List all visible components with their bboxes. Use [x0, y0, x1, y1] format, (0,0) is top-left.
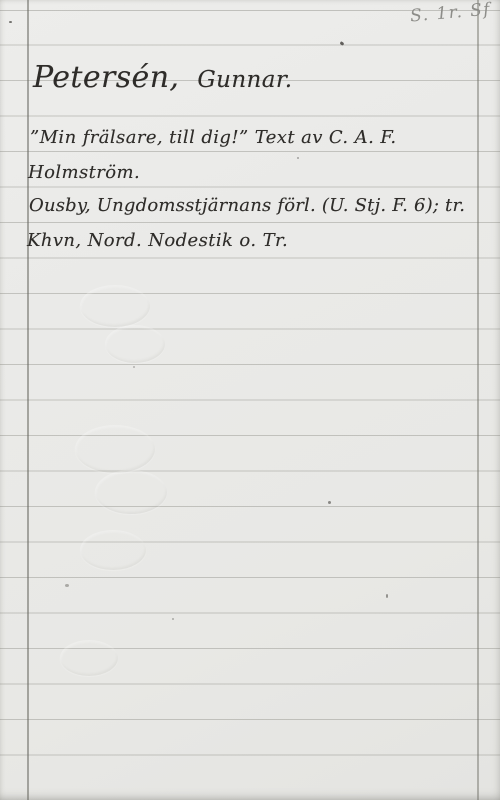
left-margin-line [27, 0, 29, 800]
ink-speck [133, 366, 135, 368]
heading-surname: Petersén, [33, 60, 179, 95]
paper-emboss-mark [105, 325, 165, 363]
ink-speck [297, 157, 299, 159]
paper-emboss-mark [80, 285, 150, 327]
title-line: ”Min frälsare, till dig!” Text av C. A. … [30, 127, 397, 148]
right-margin-line [477, 0, 479, 800]
ink-speck [172, 618, 174, 620]
paper-emboss-mark [60, 640, 118, 676]
heading-forename: Gunnar. [197, 67, 292, 93]
ink-speck [65, 584, 69, 587]
card-heading: Petersén, Gunnar. [33, 60, 292, 95]
paper-emboss-mark [95, 470, 167, 514]
scanned-catalog-card: S. 1r. Sf Petersén, Gunnar. ”Min frälsar… [0, 0, 500, 800]
paper-emboss-mark [75, 425, 155, 473]
ink-speck [328, 501, 331, 504]
paper-emboss-mark [80, 530, 146, 570]
ink-speck [9, 21, 12, 23]
author-continuation-line: Holmström. [28, 162, 140, 183]
ink-speck [386, 594, 388, 598]
printer-line: Khvn, Nord. Nodestik o. Tr. [27, 230, 288, 251]
publisher-line: Ousby, Ungdomsstjärnans förl. (U. Stj. F… [29, 195, 465, 216]
